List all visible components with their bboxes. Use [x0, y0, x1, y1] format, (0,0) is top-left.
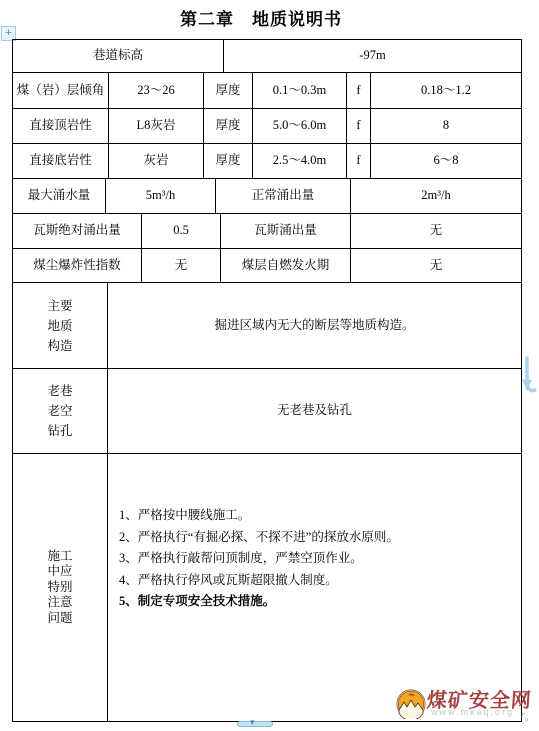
floor-f-value: 6～8	[371, 144, 522, 179]
precaution-item: 5、制定专项安全技术措施。	[119, 591, 275, 613]
dust-value-2: 无	[351, 249, 522, 283]
table-row: 施工 中应 特别 注意 问题 1、严格按中腰线施工。 2、严格执行“有掘必探、不…	[13, 454, 522, 722]
roof-label: 直接顶岩性	[13, 109, 109, 144]
precaution-item: 4、严格执行停风或瓦斯超限撤人制度。	[119, 570, 338, 592]
gas-label: 瓦斯绝对涌出量	[13, 214, 142, 249]
floor-thickness-label: 厚度	[204, 144, 253, 179]
roof-f-label: f	[347, 109, 371, 144]
water-value-2: 2m³/h	[351, 179, 522, 214]
dip-f-label: f	[347, 73, 371, 109]
water-label: 最大涌水量	[13, 179, 106, 214]
elevation-value: -97m	[224, 40, 522, 73]
old-tunnels-label-line: 老巷	[47, 381, 72, 401]
browse-next-arrow-icon[interactable]	[521, 355, 537, 404]
resize-bar	[237, 721, 273, 727]
precautions-label-line: 注意	[47, 595, 72, 611]
dust-value: 无	[142, 249, 221, 283]
geology-label: 主要 地质 构造	[13, 283, 108, 369]
table-row: 巷道标高 -97m	[13, 40, 522, 73]
precautions-label: 施工 中应 特别 注意 问题	[13, 454, 108, 722]
dust-label: 煤尘爆炸性指数	[13, 249, 142, 283]
dip-thickness-value: 0.1～0.3m	[253, 73, 347, 109]
down-arrow-icon: ▾	[250, 718, 255, 728]
geology-label-line: 构造	[47, 336, 72, 356]
dip-label: 煤（岩）层倾角	[13, 73, 109, 109]
old-tunnels-label-line: 老空	[47, 401, 72, 421]
geology-table: 巷道标高 -97m 煤（岩）层倾角 23～26 厚度 0.1～0.3m f 0.…	[12, 39, 522, 722]
elevation-label: 巷道标高	[13, 40, 224, 73]
precaution-item: 1、严格按中腰线施工。	[119, 505, 250, 527]
table-resize-handle[interactable]: ▾	[237, 719, 273, 731]
table-row: 主要 地质 构造 掘进区域内无大的断层等地质构造。	[13, 283, 522, 369]
table-row: 煤（岩）层倾角 23～26 厚度 0.1～0.3m f 0.18～1.2	[13, 73, 522, 109]
geology-label-line: 主要	[47, 296, 72, 316]
floor-f-label: f	[347, 144, 371, 179]
dip-value: 23～26	[109, 73, 204, 109]
water-value: 5m³/h	[106, 179, 216, 214]
geology-label-line: 地质	[47, 316, 72, 336]
old-tunnels-label-line: 钻孔	[47, 421, 72, 441]
roof-thickness-value: 5.0～6.0m	[253, 109, 347, 144]
table-row: 直接底岩性 灰岩 厚度 2.5～4.0m f 6～8	[13, 144, 522, 179]
floor-value: 灰岩	[109, 144, 204, 179]
precaution-item: 2、严格执行“有掘必探、不探不进”的探放水原则。	[119, 527, 399, 549]
plus-icon: +	[5, 27, 11, 39]
old-tunnels-label: 老巷 老空 钻孔	[13, 369, 108, 454]
old-tunnels-value: 无老巷及钻孔	[108, 369, 522, 454]
precaution-item: 3、严格执行敲帮问顶制度，严禁空顶作业。	[119, 548, 363, 570]
precautions-label-line: 中应	[47, 564, 72, 580]
watermark-logo-icon	[396, 689, 426, 724]
precautions-label-line: 施工	[47, 549, 72, 565]
precautions-label-line: 特别	[47, 580, 72, 596]
table-row: 直接顶岩性 L8灰岩 厚度 5.0～6.0m f 8	[13, 109, 522, 144]
roof-f-value: 8	[371, 109, 522, 144]
geology-value: 掘进区域内无大的断层等地质构造。	[108, 283, 522, 369]
page-title: 第二章 地质说明书	[0, 5, 522, 30]
precautions-label-line: 问题	[47, 611, 72, 627]
gas-value-2: 无	[351, 214, 522, 249]
watermark-site-url[interactable]: www.mkaq.org	[431, 707, 514, 717]
gas-value: 0.5	[142, 214, 221, 249]
roof-value: L8灰岩	[109, 109, 204, 144]
table-row: 煤尘爆炸性指数 无 煤层自燃发火期 无	[13, 249, 522, 283]
gas-label-2: 瓦斯涌出量	[221, 214, 351, 249]
roof-thickness-label: 厚度	[204, 109, 253, 144]
dust-label-2: 煤层自燃发火期	[221, 249, 351, 283]
document-page: 第二章 地质说明书 + 巷道标高 -97m 煤（岩）层倾角 23～26 厚度 0…	[0, 0, 539, 731]
dip-f-value: 0.18～1.2	[371, 73, 522, 109]
floor-thickness-value: 2.5～4.0m	[253, 144, 347, 179]
dip-thickness-label: 厚度	[204, 73, 253, 109]
table-row: 老巷 老空 钻孔 无老巷及钻孔	[13, 369, 522, 454]
table-row: 瓦斯绝对涌出量 0.5 瓦斯涌出量 无	[13, 214, 522, 249]
table-row: 最大涌水量 5m³/h 正常涌出量 2m³/h	[13, 179, 522, 214]
floor-label: 直接底岩性	[13, 144, 109, 179]
precautions-list: 1、严格按中腰线施工。 2、严格执行“有掘必探、不探不进”的探放水原则。 3、严…	[108, 454, 522, 722]
water-label-2: 正常涌出量	[216, 179, 351, 214]
